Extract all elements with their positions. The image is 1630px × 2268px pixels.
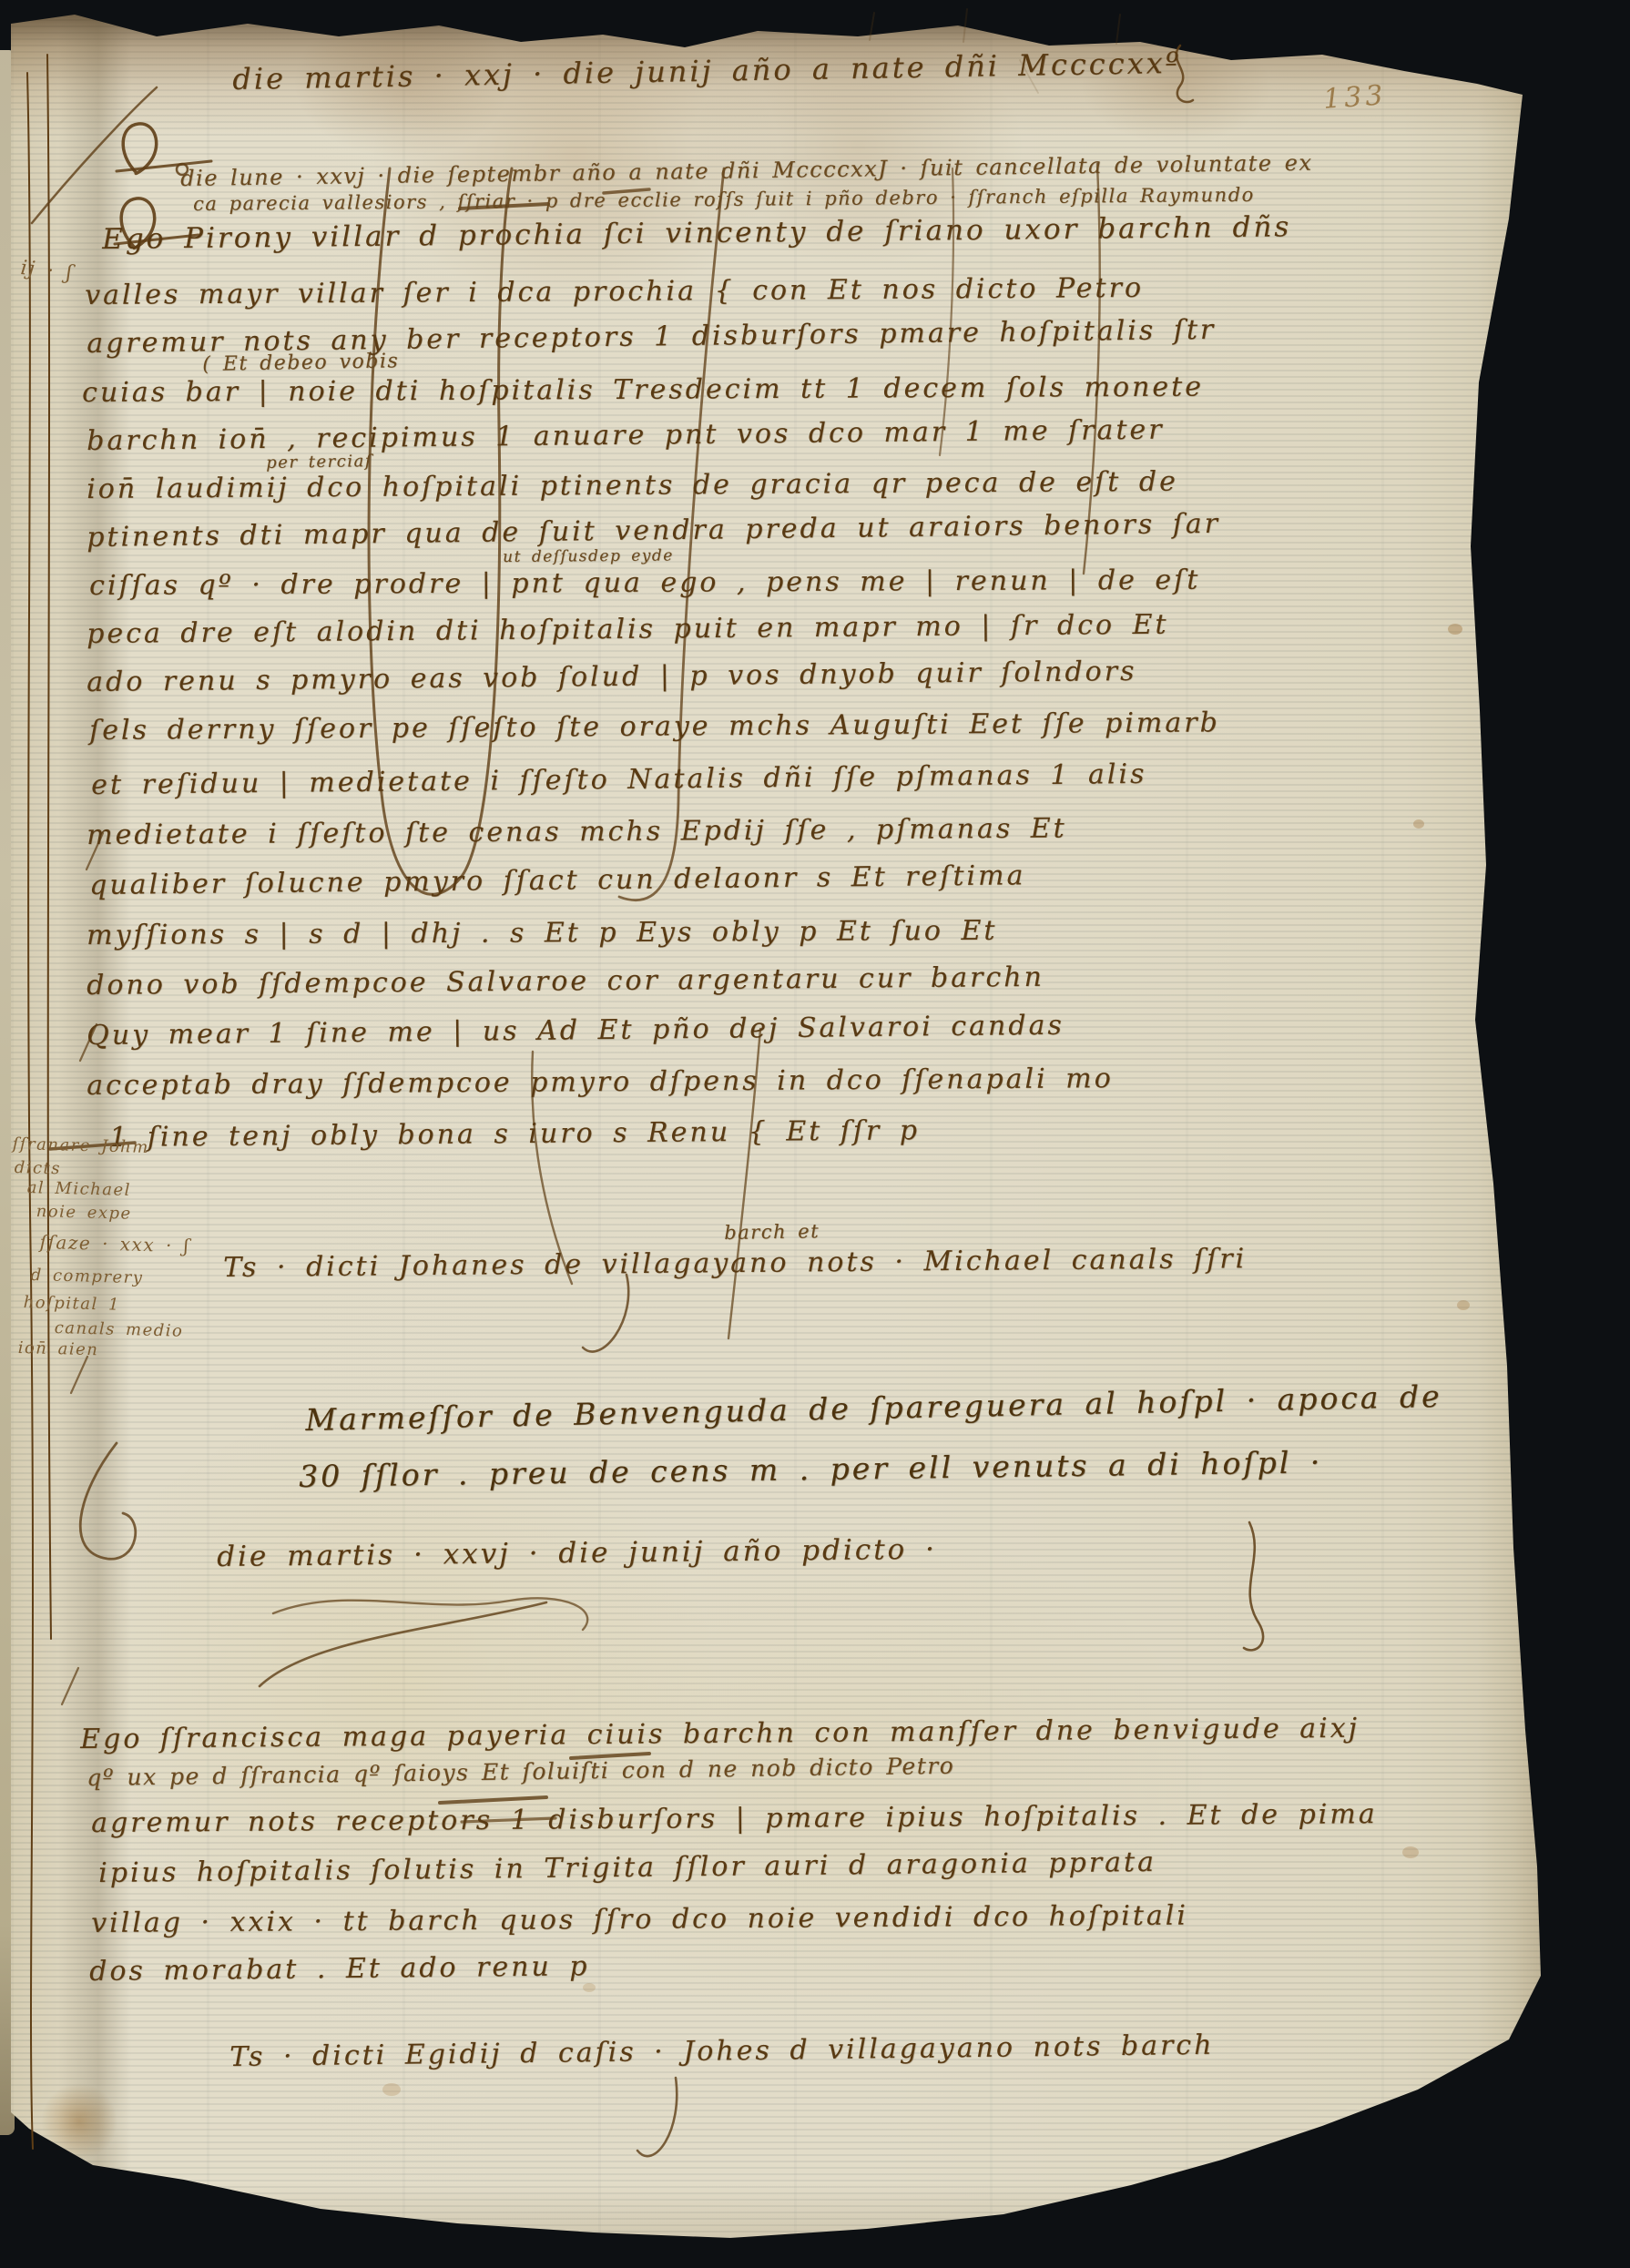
manuscript-line: ſels derrny ſſeor pe ſſeſto ſte oraye mc… — [89, 707, 1220, 747]
summary-note-line: Marmeſſor de Benvenguda de ſpareguera al… — [305, 1378, 1442, 1438]
manuscript-line: acceptab dray ſſdempcoe pmyro dſpens in … — [87, 1063, 1114, 1102]
manuscript-line: peca dre eſt alodin dti hoſpitalis puit … — [87, 609, 1169, 650]
interlinear-insertion: barch et — [724, 1220, 820, 1244]
summary-note-line: 30 ſſlor . preu de cens m . per ell venu… — [299, 1444, 1323, 1494]
margin-note-line: ſſranare Johm — [12, 1134, 149, 1157]
manuscript-line: valles mayr villar ſer i dca prochia { c… — [85, 272, 1144, 311]
interlinear-insertion: ( Et debeo vobis — [202, 350, 399, 376]
manuscript-line: agremur nots receptors 1 disburſors | pm… — [91, 1798, 1378, 1839]
manuscript-line: myſſions s | s d | dhj . s Et p Eys obly… — [87, 915, 998, 951]
margin-note-line: noie expe — [36, 1202, 132, 1224]
manuscript-text: die martis · xxj · die junij año a nate … — [0, 0, 1630, 2268]
manuscript-line: ciſſas qº · dre prodre | pnt qua ego , p… — [89, 564, 1200, 602]
manuscript-line: ipius hoſpitalis ſolutis in Trigita ſſlo… — [98, 1846, 1156, 1889]
margin-note-line: dicts — [14, 1158, 61, 1178]
margin-note-line: ſſaze · xxx · ʃ — [39, 1231, 190, 1256]
manuscript-scan: die martis · xxj · die junij año a nate … — [0, 0, 1630, 2268]
manuscript-line: villag · xxix · tt barch quos ſſro dco n… — [91, 1900, 1188, 1939]
manuscript-line: dos morabat . Et ado renu p — [89, 1950, 590, 1988]
margin-note-line: ion̄ aien — [17, 1338, 98, 1359]
manuscript-line: Quy mear 1 ſine me | us Ad Et pño dej Sa… — [87, 1010, 1065, 1052]
margin-note-line: canals medio — [54, 1318, 183, 1341]
manuscript-line: medietate i ſſeſto ſte cenas mchs Epdij … — [87, 812, 1067, 851]
date-heading: die martis · xxvj · die junij año pdicto… — [217, 1533, 937, 1573]
manuscript-line: et reſiduu | medietate i ſſeſto Natalis … — [91, 758, 1147, 801]
margin-note-line: al Michael — [26, 1178, 131, 1200]
manuscript-line: Ego Pirony villar d prochia ſci vincenty… — [102, 210, 1291, 256]
interlinear-insertion: per terciaſ — [266, 452, 372, 473]
folio-number: 133 — [1322, 79, 1388, 116]
margin-paraph: ij · ʃ — [19, 257, 74, 285]
manuscript-line: Ego ſſrancisca maga payeria ciuis barchn… — [80, 1713, 1360, 1755]
manuscript-line: ion̄ laudimij dco hoſpitali ptinents de … — [87, 466, 1178, 505]
margin-note-line: hoſpital 1 — [23, 1293, 120, 1315]
manuscript-line: 1 ſine tenj obly bona s iuro s Renu { Et… — [109, 1114, 920, 1154]
witness-line: Ts · dicti Johanes de villagayano nots ·… — [223, 1243, 1247, 1284]
manuscript-line: qualiber ſolucne pmyro ſſact cun delaonr… — [89, 859, 1026, 901]
manuscript-line: barchn ion̄ , recipimus 1 anuare pnt vos… — [87, 414, 1165, 457]
manuscript-line: qº ux pe d ſſrancia qº ſaioys Et ſoluiſt… — [87, 1753, 954, 1791]
margin-note-line: d comprery — [30, 1266, 143, 1287]
manuscript-line: ado renu s pmyro eas vob ſolud | p vos d… — [87, 656, 1137, 698]
manuscript-line: dono vob ſſdempcoe Salvaroe cor argentar… — [87, 961, 1044, 1002]
interlinear-insertion: ut deſſusdep eyde — [503, 546, 674, 566]
manuscript-line: cuias bar | noie dti hoſpitalis Tresdeci… — [82, 371, 1204, 409]
witness-line: Ts · dicti Egidij d caſis · Johes d vill… — [229, 2029, 1215, 2073]
date-heading: die martis · xxj · die junij año a nate … — [232, 46, 1182, 97]
